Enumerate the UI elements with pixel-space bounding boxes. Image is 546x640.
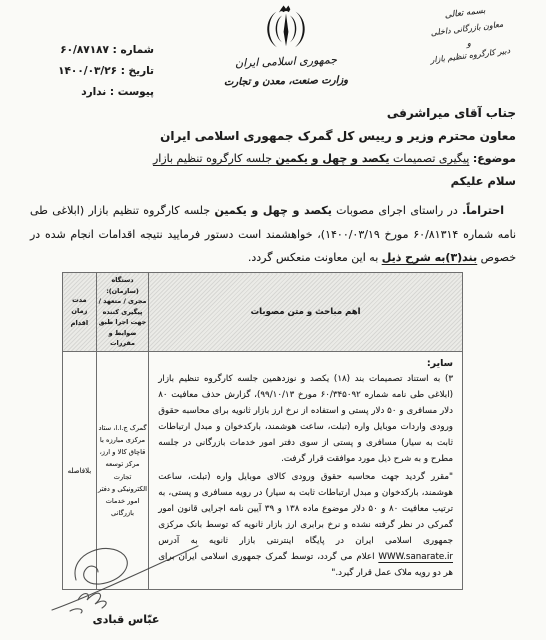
body-as-described: به شرح ذیل xyxy=(382,251,446,264)
recipient-name: جناب آقای میراشرفی xyxy=(30,106,516,120)
subject-text-bold: یکصد و چهل و یکمین xyxy=(276,152,390,165)
body-clause-ref: بند(۳) xyxy=(445,251,477,264)
handwritten-signature-icon xyxy=(46,538,204,616)
signatory-name: عبّاس قبادی xyxy=(76,613,176,626)
letter-attachment-row: پیوست : ندارد xyxy=(18,82,154,103)
iran-national-emblem-icon xyxy=(259,4,313,52)
letter-number-value: ۶۰/۸۷۱۸۷ xyxy=(60,44,109,56)
subject-text-2: جلسه کارگروه تنظیم بازار xyxy=(153,152,276,165)
body-segment-7: به این معاونت منعکس گردد. xyxy=(248,251,382,264)
header-agency: دستگاه (سازمان): مجری / متعهد / پیگیری ک… xyxy=(96,273,148,352)
recipient-block: جناب آقای میراشرفی معاون محترم وزیر و ری… xyxy=(30,106,516,188)
minutes-table-header-row: اهم مباحث و متن مصوبات دستگاه (سازمان): … xyxy=(63,273,463,352)
country-title: جمهوری اسلامی ایران xyxy=(198,52,374,71)
letter-number-row: شماره : ۶۰/۸۷۱۸۷ xyxy=(18,40,154,61)
subject-label: موضوع: xyxy=(473,152,516,165)
letter-date-row: تاریخ : ۱۴۰۰/۰۳/۲۶ xyxy=(18,61,154,82)
letter-number-label: شماره : xyxy=(113,44,154,56)
letter-attachment-value: ندارد xyxy=(81,86,106,98)
body-respectfully: احتراماً. xyxy=(462,204,504,217)
subject-line: موضوع: پیگیری تصمیمات یکصد و چهل و یکمین… xyxy=(30,152,516,165)
letter-date-value: ۱۴۰۰/۰۳/۲۶ xyxy=(58,65,117,77)
letter-date-label: تاریخ : xyxy=(121,65,154,77)
subject-text-1: پیگیری تصمیمات xyxy=(390,152,470,165)
letterhead-center: جمهوری اسلامی ایران وزارت صنعت، معدن و ت… xyxy=(198,4,374,87)
topics-title: سایر: xyxy=(158,358,453,369)
letterhead-right-block: بسمه تعالی معاون بازرگانی داخلی و دبیر ک… xyxy=(401,0,535,73)
topics-paragraph-1: ۳) به استناد تصمیمات بند (۱۸) یکصد و نوز… xyxy=(158,371,453,468)
sanarate-url: WWW.sanarate.ir xyxy=(378,552,453,562)
official-letter-page: شماره : ۶۰/۸۷۱۸۷ تاریخ : ۱۴۰۰/۰۳/۲۶ پیوس… xyxy=(0,0,546,640)
salutation: سلام علیکم xyxy=(30,174,516,188)
header-duration: مدت زمان اقدام xyxy=(63,273,97,352)
topics-paragraph-2a: "مقرر گردید جهت محاسبه حقوق ورودی کالای … xyxy=(158,472,453,546)
recipient-title: معاون محترم وزیر و رییس کل گمرک جمهوری ا… xyxy=(30,129,516,143)
letter-meta-block: شماره : ۶۰/۸۷۱۸۷ تاریخ : ۱۴۰۰/۰۳/۲۶ پیوس… xyxy=(18,40,154,103)
header-topics: اهم مباحث و متن مصوبات xyxy=(149,273,463,352)
letter-attachment-label: پیوست : xyxy=(110,86,154,98)
body-segment-2: در راستای اجرای مصوبات xyxy=(332,204,462,217)
letter-body-paragraph: احتراماً. در راستای اجرای مصوبات یکصد و … xyxy=(30,199,516,270)
body-session-number: یکصد و چهل و یکمین xyxy=(214,204,331,217)
ministry-title: وزارت صنعت، معدن و تجارت xyxy=(198,74,374,88)
